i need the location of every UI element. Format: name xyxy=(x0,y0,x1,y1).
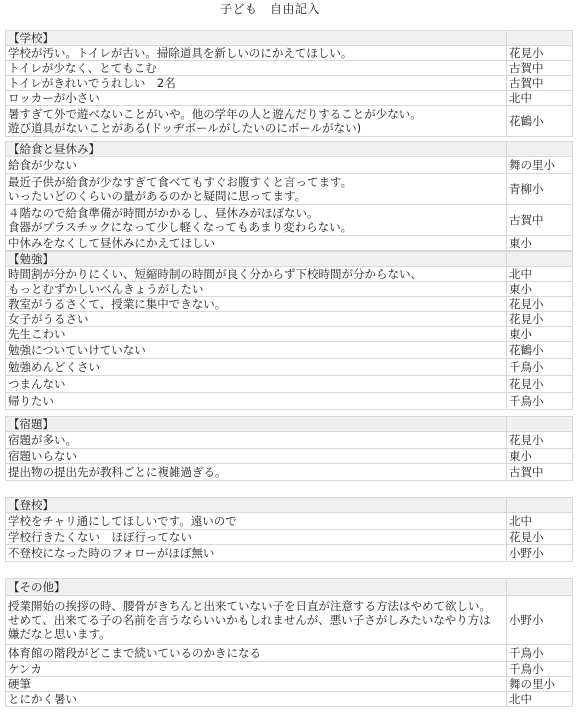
section-heading: 【登校】 xyxy=(6,498,507,513)
school-cell: 花見小 xyxy=(507,46,573,61)
comment-cell: 学校が汚い。トイレが古い。掃除道具を新しいのにかえてほしい。 xyxy=(6,46,507,61)
table-row: 暑すぎて外で遊べないことがいや。他の学年の人と遊んだりすることが少ない。 遊び道… xyxy=(6,106,573,137)
school-cell: 古賀中 xyxy=(507,205,573,236)
section-heading-school-cell xyxy=(507,579,573,596)
comment-cell: とにかく暑い xyxy=(6,692,507,707)
section-heading-school-cell xyxy=(507,31,573,46)
table-row: トイレがきれいでうれしい 2名 古賀中 xyxy=(6,76,573,91)
school-cell: 千鳥小 xyxy=(507,662,573,677)
section-header: 【その他】 xyxy=(6,579,573,596)
school-cell: 東小 xyxy=(507,449,573,464)
table-row: 教室がうるさくて、授業に集中できない。 花見小 xyxy=(6,297,573,312)
section-header: 【給食と昼休み】 xyxy=(6,142,573,157)
table-row: 中休みをなくして昼休みにかえてほしい 東小 xyxy=(6,236,573,251)
school-cell: 北中 xyxy=(507,692,573,707)
comment-cell: 帰りたい xyxy=(6,393,507,410)
table-row: 勉強めんどくさい 千鳥小 xyxy=(6,359,573,376)
school-cell: 舞の里小 xyxy=(507,677,573,692)
comment-cell: 勉強についていけていない xyxy=(6,342,507,359)
comment-cell: ロッカーが小さい xyxy=(6,91,507,106)
table-row: 学校が汚い。トイレが古い。掃除道具を新しいのにかえてほしい。 花見小 xyxy=(6,46,573,61)
section-heading-school-cell xyxy=(507,252,573,267)
school-cell: 千鳥小 xyxy=(507,359,573,376)
school-cell: 花見小 xyxy=(507,432,573,449)
comment-cell: 時間割が分かりにくい、短縮時制の時間が良く分からず下校時間が分からない、 xyxy=(6,267,507,282)
table-row: ケンカ 千鳥小 xyxy=(6,662,573,677)
comment-cell: 宿題いらない xyxy=(6,449,507,464)
school-cell: 東小 xyxy=(507,282,573,297)
table-row: 硬筆 舞の里小 xyxy=(6,677,573,692)
school-cell: 青柳小 xyxy=(507,174,573,205)
school-cell: 千鳥小 xyxy=(507,393,573,410)
comment-cell: 提出物の提出先が教科ごとに複雑過ぎる。 xyxy=(6,464,507,481)
school-cell: 花見小 xyxy=(507,297,573,312)
school-cell: 舞の里小 xyxy=(507,157,573,174)
comment-cell: つまんない xyxy=(6,376,507,393)
section-header: 【登校】 xyxy=(6,498,573,513)
table-row: 体育館の階段がどこまで続いているのかきになる 千鳥小 xyxy=(6,645,573,662)
table-row: 提出物の提出先が教科ごとに複雑過ぎる。 古賀中 xyxy=(6,464,573,481)
comment-cell: 先生こわい xyxy=(6,327,507,342)
comment-cell: トイレがきれいでうれしい 2名 xyxy=(6,76,507,91)
table-row: 学校行きたくない ほぼ行ってない 花見小 xyxy=(6,530,573,545)
section-heading: 【宿題】 xyxy=(6,417,507,432)
section-school: 【学校】 学校が汚い。トイレが古い。掃除道具を新しいのにかえてほしい。 花見小 … xyxy=(5,30,573,137)
section-lunch: 【給食と昼休み】 給食が少ない 舞の里小 最近子供が給食が少なすぎて食べてもすぐ… xyxy=(5,141,573,251)
comment-cell: 宿題が多い。 xyxy=(6,432,507,449)
table-row: 最近子供が給食が少なすぎて食べてもすぐお腹すくと言ってます。 いったいどのくらい… xyxy=(6,174,573,205)
table-row: 勉強についていけていない 花鶴小 xyxy=(6,342,573,359)
school-cell: 花見小 xyxy=(507,376,573,393)
school-cell: 東小 xyxy=(507,327,573,342)
comment-cell: ケンカ xyxy=(6,662,507,677)
school-cell: 花鶴小 xyxy=(507,342,573,359)
comment-cell: 最近子供が給食が少なすぎて食べてもすぐお腹すくと言ってます。 いったいどのくらい… xyxy=(6,174,507,205)
table-row: 授業開始の挨拶の時、腰骨がきちんと出来ていない子を日直が注意する方法はやめて欲し… xyxy=(6,596,573,645)
comment-cell: 教室がうるさくて、授業に集中できない。 xyxy=(6,297,507,312)
comment-cell: 学校行きたくない ほぼ行ってない xyxy=(6,530,507,545)
section-header: 【宿題】 xyxy=(6,417,573,432)
section-heading-school-cell xyxy=(507,417,573,432)
table-row: 帰りたい 千鳥小 xyxy=(6,393,573,410)
section-heading: 【給食と昼休み】 xyxy=(6,142,507,157)
school-cell: 東小 xyxy=(507,236,573,251)
table-row: 宿題いらない 東小 xyxy=(6,449,573,464)
section-heading: 【勉強】 xyxy=(6,252,507,267)
comment-cell: 中休みをなくして昼休みにかえてほしい xyxy=(6,236,507,251)
table-row: トイレが少なく、とてもこむ 古賀中 xyxy=(6,61,573,76)
page-title: 子ども 自由記入 xyxy=(0,2,540,16)
table-row: ４階なので給食準備が時間がかかるし、昼休みがほぼない。 食器がプラスチックになっ… xyxy=(6,205,573,236)
comment-cell: 勉強めんどくさい xyxy=(6,359,507,376)
table-row: もっとむずかしいべんきょうがしたい 東小 xyxy=(6,282,573,297)
table-row: 女子がうるさい 花見小 xyxy=(6,312,573,327)
table-row: 給食が少ない 舞の里小 xyxy=(6,157,573,174)
section-heading-school-cell xyxy=(507,498,573,513)
table-row: つまんない 花見小 xyxy=(6,376,573,393)
comment-cell: 体育館の階段がどこまで続いているのかきになる xyxy=(6,645,507,662)
comment-cell: 不登校になった時のフォローがほぼ無い xyxy=(6,545,507,562)
school-cell: 花見小 xyxy=(507,312,573,327)
comment-cell: 給食が少ない xyxy=(6,157,507,174)
school-cell: 小野小 xyxy=(507,596,573,645)
table-row: 先生こわい 東小 xyxy=(6,327,573,342)
school-cell: 古賀中 xyxy=(507,61,573,76)
school-cell: 千鳥小 xyxy=(507,645,573,662)
school-cell: 古賀中 xyxy=(507,76,573,91)
school-cell: 古賀中 xyxy=(507,464,573,481)
school-cell: 北中 xyxy=(507,91,573,106)
table-row: とにかく暑い 北中 xyxy=(6,692,573,707)
comment-cell: ４階なので給食準備が時間がかかるし、昼休みがほぼない。 食器がプラスチックになっ… xyxy=(6,205,507,236)
comment-cell: 硬筆 xyxy=(6,677,507,692)
table-row: 学校をチャリ通にしてほしいです。遠いので 北中 xyxy=(6,513,573,530)
section-attendance: 【登校】 学校をチャリ通にしてほしいです。遠いので 北中 学校行きたくない ほぼ… xyxy=(5,497,573,562)
comment-cell: 暑すぎて外で遊べないことがいや。他の学年の人と遊んだりすることが少ない。 遊び道… xyxy=(6,106,507,137)
table-row: 不登校になった時のフォローがほぼ無い 小野小 xyxy=(6,545,573,562)
comment-cell: 授業開始の挨拶の時、腰骨がきちんと出来ていない子を日直が注意する方法はやめて欲し… xyxy=(6,596,507,645)
section-header: 【学校】 xyxy=(6,31,573,46)
section-other: 【その他】 授業開始の挨拶の時、腰骨がきちんと出来ていない子を日直が注意する方法… xyxy=(5,578,573,707)
school-cell: 花鶴小 xyxy=(507,106,573,137)
section-header: 【勉強】 xyxy=(6,252,573,267)
section-study: 【勉強】 時間割が分かりにくい、短縮時制の時間が良く分からず下校時間が分からない… xyxy=(5,251,573,410)
school-cell: 花見小 xyxy=(507,530,573,545)
comment-cell: 学校をチャリ通にしてほしいです。遠いので xyxy=(6,513,507,530)
school-cell: 北中 xyxy=(507,267,573,282)
comment-cell: 女子がうるさい xyxy=(6,312,507,327)
table-row: ロッカーが小さい 北中 xyxy=(6,91,573,106)
comment-cell: トイレが少なく、とてもこむ xyxy=(6,61,507,76)
section-heading: 【その他】 xyxy=(6,579,507,596)
section-homework: 【宿題】 宿題が多い。 花見小 宿題いらない 東小 提出物の提出先が教科ごとに複… xyxy=(5,416,573,481)
school-cell: 小野小 xyxy=(507,545,573,562)
table-row: 宿題が多い。 花見小 xyxy=(6,432,573,449)
table-row: 時間割が分かりにくい、短縮時制の時間が良く分からず下校時間が分からない、 北中 xyxy=(6,267,573,282)
comment-cell: もっとむずかしいべんきょうがしたい xyxy=(6,282,507,297)
section-heading-school-cell xyxy=(507,142,573,157)
section-heading: 【学校】 xyxy=(6,31,507,46)
school-cell: 北中 xyxy=(507,513,573,530)
